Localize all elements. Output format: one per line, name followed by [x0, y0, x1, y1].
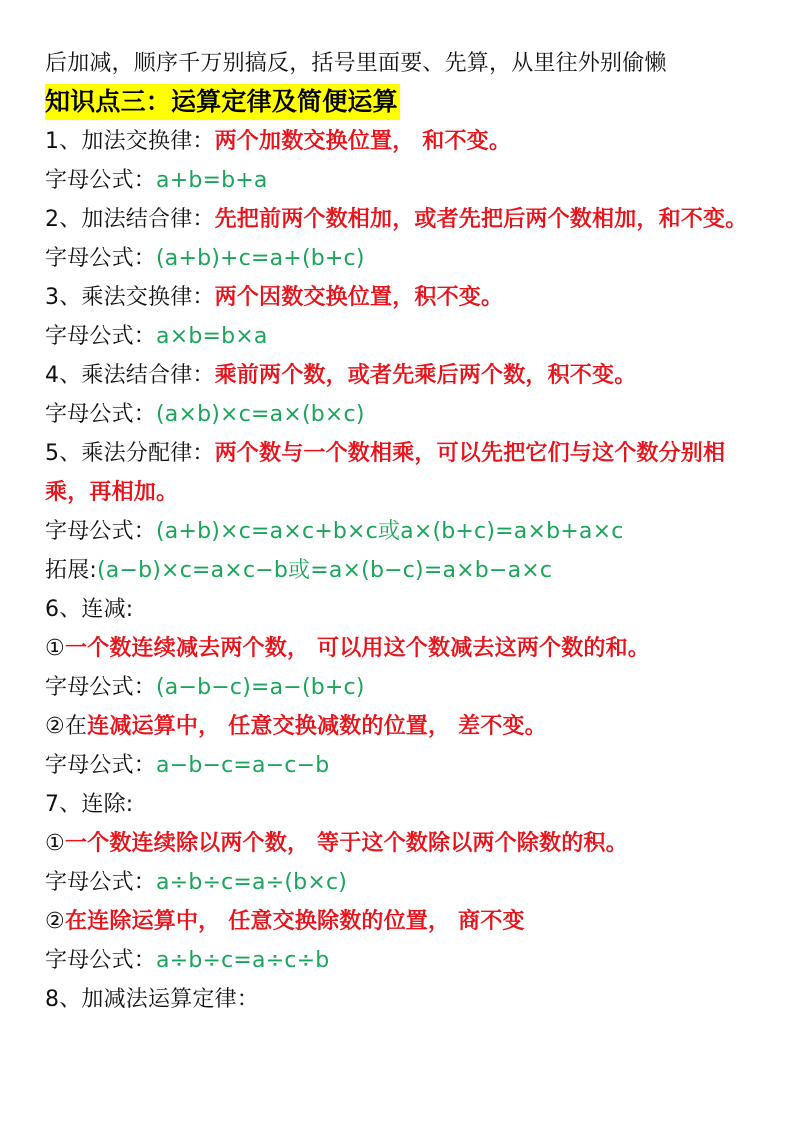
formula-label: 字母公式： [45, 168, 156, 193]
law-title: 2、加法结合律： [45, 207, 215, 232]
item-rule: 连减运算中， 任意交换减数的位置， 差不变。 [87, 714, 547, 739]
law-3-formula: 字母公式：a×b=b×a [45, 317, 755, 356]
extension-formula: (a−b)×c=a×c−b或=a×(b−c)=a×b−a×c [97, 558, 552, 583]
law-5: 5、乘法分配律：两个数与一个数相乘，可以先把它们与这个数分别相乘，再相加。 [45, 434, 755, 512]
lian-chu-item-2-formula: 字母公式：a÷b÷c=a÷c÷b [45, 941, 755, 980]
formula: a+b=b+a [156, 168, 268, 193]
extension-label: 拓展: [45, 558, 97, 583]
law-4-formula: 字母公式：(a×b)×c=a×(b×c) [45, 395, 755, 434]
item-rule: 一个数连续除以两个数， 等于这个数除以两个除数的积。 [65, 831, 628, 856]
law-title: 4、乘法结合律： [45, 363, 215, 388]
formula-label: 字母公式： [45, 870, 156, 895]
law-rule: 先把前两个数相加，或者先把后两个数相加，和不变。 [215, 207, 748, 232]
formula: a÷b÷c=a÷(b×c) [156, 870, 347, 895]
law-1-formula: 字母公式：a+b=b+a [45, 161, 755, 200]
formula-label: 字母公式： [45, 324, 156, 349]
lian-jian-item-1-formula: 字母公式：(a−b−c)=a−(b+c) [45, 668, 755, 707]
formula: (a+b)+c=a+(b+c) [156, 246, 365, 271]
law-title: 1、加法交换律： [45, 129, 215, 154]
law-rule: 乘前两个数，或者先乘后两个数，积不变。 [215, 363, 637, 388]
lian-jian-item-2-formula: 字母公式：a−b−c=a−c−b [45, 746, 755, 785]
item-rule: 一个数连续减去两个数， 可以用这个数减去这两个数的和。 [65, 636, 650, 661]
lian-chu-item-1-formula: 字母公式：a÷b÷c=a÷(b×c) [45, 863, 755, 902]
item-rule: 在连除运算中， 任意交换除数的位置， 商不变 [65, 909, 525, 934]
lian-jian-item-2: ②在连减运算中， 任意交换减数的位置， 差不变。 [45, 707, 755, 746]
item-marker: ②在 [45, 714, 87, 739]
formula: (a×b)×c=a×(b×c) [156, 402, 365, 427]
formula: a×b=b×a [156, 324, 268, 349]
formula: (a−b−c)=a−(b+c) [156, 675, 365, 700]
law-title: 5、乘法分配律： [45, 441, 215, 466]
law-5-formula: 字母公式：(a+b)×c=a×c+b×c或a×(b+c)=a×b+a×c [45, 512, 755, 551]
item-marker: ② [45, 909, 65, 934]
formula-label: 字母公式： [45, 753, 156, 778]
law-title: 3、乘法交换律： [45, 285, 215, 310]
document-page: 后加减，顺序千万别搞反，括号里面要、先算，从里往外别偷懒 知识点三：运算定律及简… [45, 44, 755, 1019]
section-8-title: 8、加减法运算定律： [45, 980, 755, 1019]
law-1: 1、加法交换律：两个加数交换位置， 和不变。 [45, 122, 755, 161]
lian-jian-title: 6、连减: [45, 590, 755, 629]
intro-line: 后加减，顺序千万别搞反，括号里面要、先算，从里往外别偷懒 [45, 44, 755, 83]
formula-label: 字母公式： [45, 402, 156, 427]
formula: (a+b)×c=a×c+b×c或a×(b+c)=a×b+a×c [156, 519, 623, 544]
section-heading: 知识点三：运算定律及简便运算 [45, 84, 400, 120]
lian-chu-item-2: ②在连除运算中， 任意交换除数的位置， 商不变 [45, 902, 755, 941]
formula: a−b−c=a−c−b [156, 753, 329, 778]
law-5-extension: 拓展:(a−b)×c=a×c−b或=a×(b−c)=a×b−a×c [45, 551, 755, 590]
formula-label: 字母公式： [45, 246, 156, 271]
formula-label: 字母公式： [45, 519, 156, 544]
law-3: 3、乘法交换律：两个因数交换位置，积不变。 [45, 278, 755, 317]
item-marker: ① [45, 831, 65, 856]
law-2-formula: 字母公式：(a+b)+c=a+(b+c) [45, 239, 755, 278]
lian-jian-item-1: ①一个数连续减去两个数， 可以用这个数减去这两个数的和。 [45, 629, 755, 668]
law-rule: 两个加数交换位置， 和不变。 [215, 129, 511, 154]
item-marker: ① [45, 636, 65, 661]
law-rule: 两个因数交换位置，积不变。 [215, 285, 504, 310]
lian-chu-item-1: ①一个数连续除以两个数， 等于这个数除以两个除数的积。 [45, 824, 755, 863]
law-2: 2、加法结合律：先把前两个数相加，或者先把后两个数相加，和不变。 [45, 200, 755, 239]
formula: a÷b÷c=a÷c÷b [156, 948, 329, 973]
formula-label: 字母公式： [45, 948, 156, 973]
lian-chu-title: 7、连除: [45, 785, 755, 824]
formula-label: 字母公式： [45, 675, 156, 700]
law-4: 4、乘法结合律：乘前两个数，或者先乘后两个数，积不变。 [45, 356, 755, 395]
